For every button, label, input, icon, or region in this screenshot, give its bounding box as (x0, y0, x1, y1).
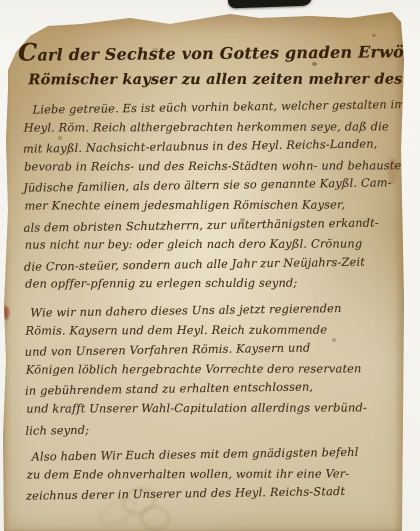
paragraph-3: Also haben Wir Euch dieses mit dem gnädi… (26, 443, 402, 505)
manuscript-line: den opffer-pfennig zu erlegen schuldig s… (25, 274, 401, 295)
manuscript-photo: 72. Carl der Sechste von Gottes gnaden E… (0, 0, 420, 531)
header-line-1: Carl der Sechste von Gottes gnaden Erwöh… (18, 34, 398, 66)
header-line-2: Römischer kayser zu allen zeiten mehrer … (28, 71, 398, 89)
document-body: Liebe getreüe. Es ist eüch vorhin bekant… (23, 96, 403, 512)
manuscript-text: 72. Carl der Sechste von Gottes gnaden E… (0, 6, 408, 531)
paragraph-1: Liebe getreüe. Es ist eüch vorhin bekant… (23, 96, 401, 295)
manuscript-line: und krafft Unserer Wahl-Capitulation all… (26, 398, 402, 419)
aged-paper-sheet: 72. Carl der Sechste von Gottes gnaden E… (2, 8, 406, 531)
document-header: Carl der Sechste von Gottes gnaden Erwöh… (18, 34, 398, 89)
corner-numbering: 72. (15, 22, 35, 38)
background-clip-object (228, 0, 313, 8)
paragraph-2: Wie wir nun dahero dieses Uns als jetzt … (24, 299, 401, 439)
manuscript-line: zeichnus derer in Unserer und des Heyl. … (26, 481, 402, 506)
manuscript-line: lich seynd; (25, 416, 401, 441)
